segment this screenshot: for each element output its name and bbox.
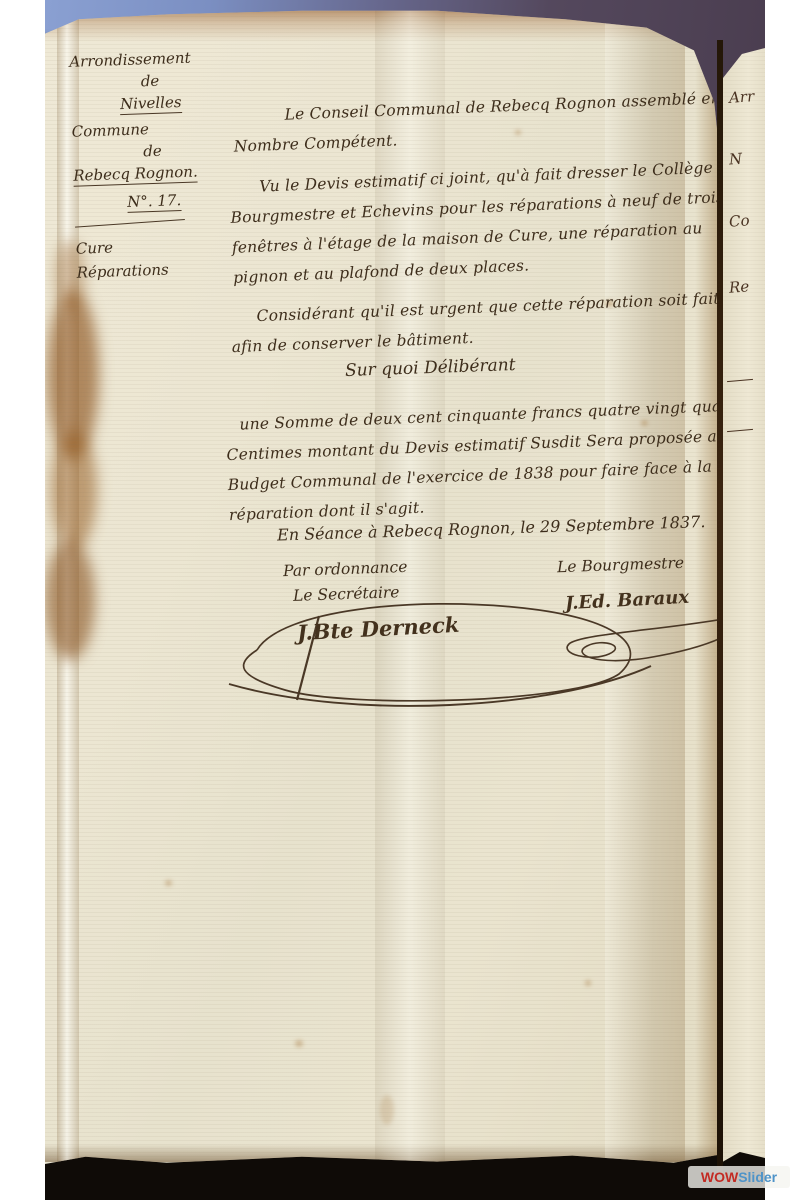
paragraph-resolution: une Somme de deux cent cinquante francs … — [225, 390, 757, 530]
watermark-slider-label: Slider — [738, 1169, 777, 1185]
book-gutter — [717, 40, 723, 1180]
adjacent-fragment: Re — [728, 277, 749, 296]
margin-commune: Commune — [71, 117, 232, 141]
register-page: Arrondissement de Nivelles Commune de Re… — [45, 0, 721, 1200]
margin-cure: Cure — [76, 234, 237, 258]
wowslider-watermark[interactable]: WOWSlider — [688, 1166, 790, 1188]
margin-de-2: de — [72, 139, 233, 163]
margin-nivelles: Nivelles — [71, 91, 232, 117]
margin-rebecq-rognon: Rebecq Rognon. — [73, 161, 234, 187]
adjacent-fragment: Co — [728, 211, 750, 230]
margin-annotations: Arrondissement de Nivelles Commune de Re… — [69, 47, 237, 285]
laid-paper-texture — [723, 0, 765, 1200]
margin-number: N°. 17. — [74, 189, 235, 215]
photo-of-register: Arrondissement de Nivelles Commune de Re… — [45, 0, 765, 1200]
adjacent-fragment: Arr — [728, 87, 754, 107]
margin-rule — [75, 219, 185, 228]
paragraph-vu-le-devis: Vu le Devis estimatif ci joint, qu'à fai… — [229, 151, 754, 293]
adjacent-page-edge: Arr N Co Re — [723, 0, 765, 1200]
watermark-wow-label: WOW — [701, 1169, 738, 1185]
margin-de-1: de — [70, 69, 231, 93]
margin-reparations: Réparations — [76, 258, 237, 282]
adjacent-fragment: N — [728, 150, 742, 169]
